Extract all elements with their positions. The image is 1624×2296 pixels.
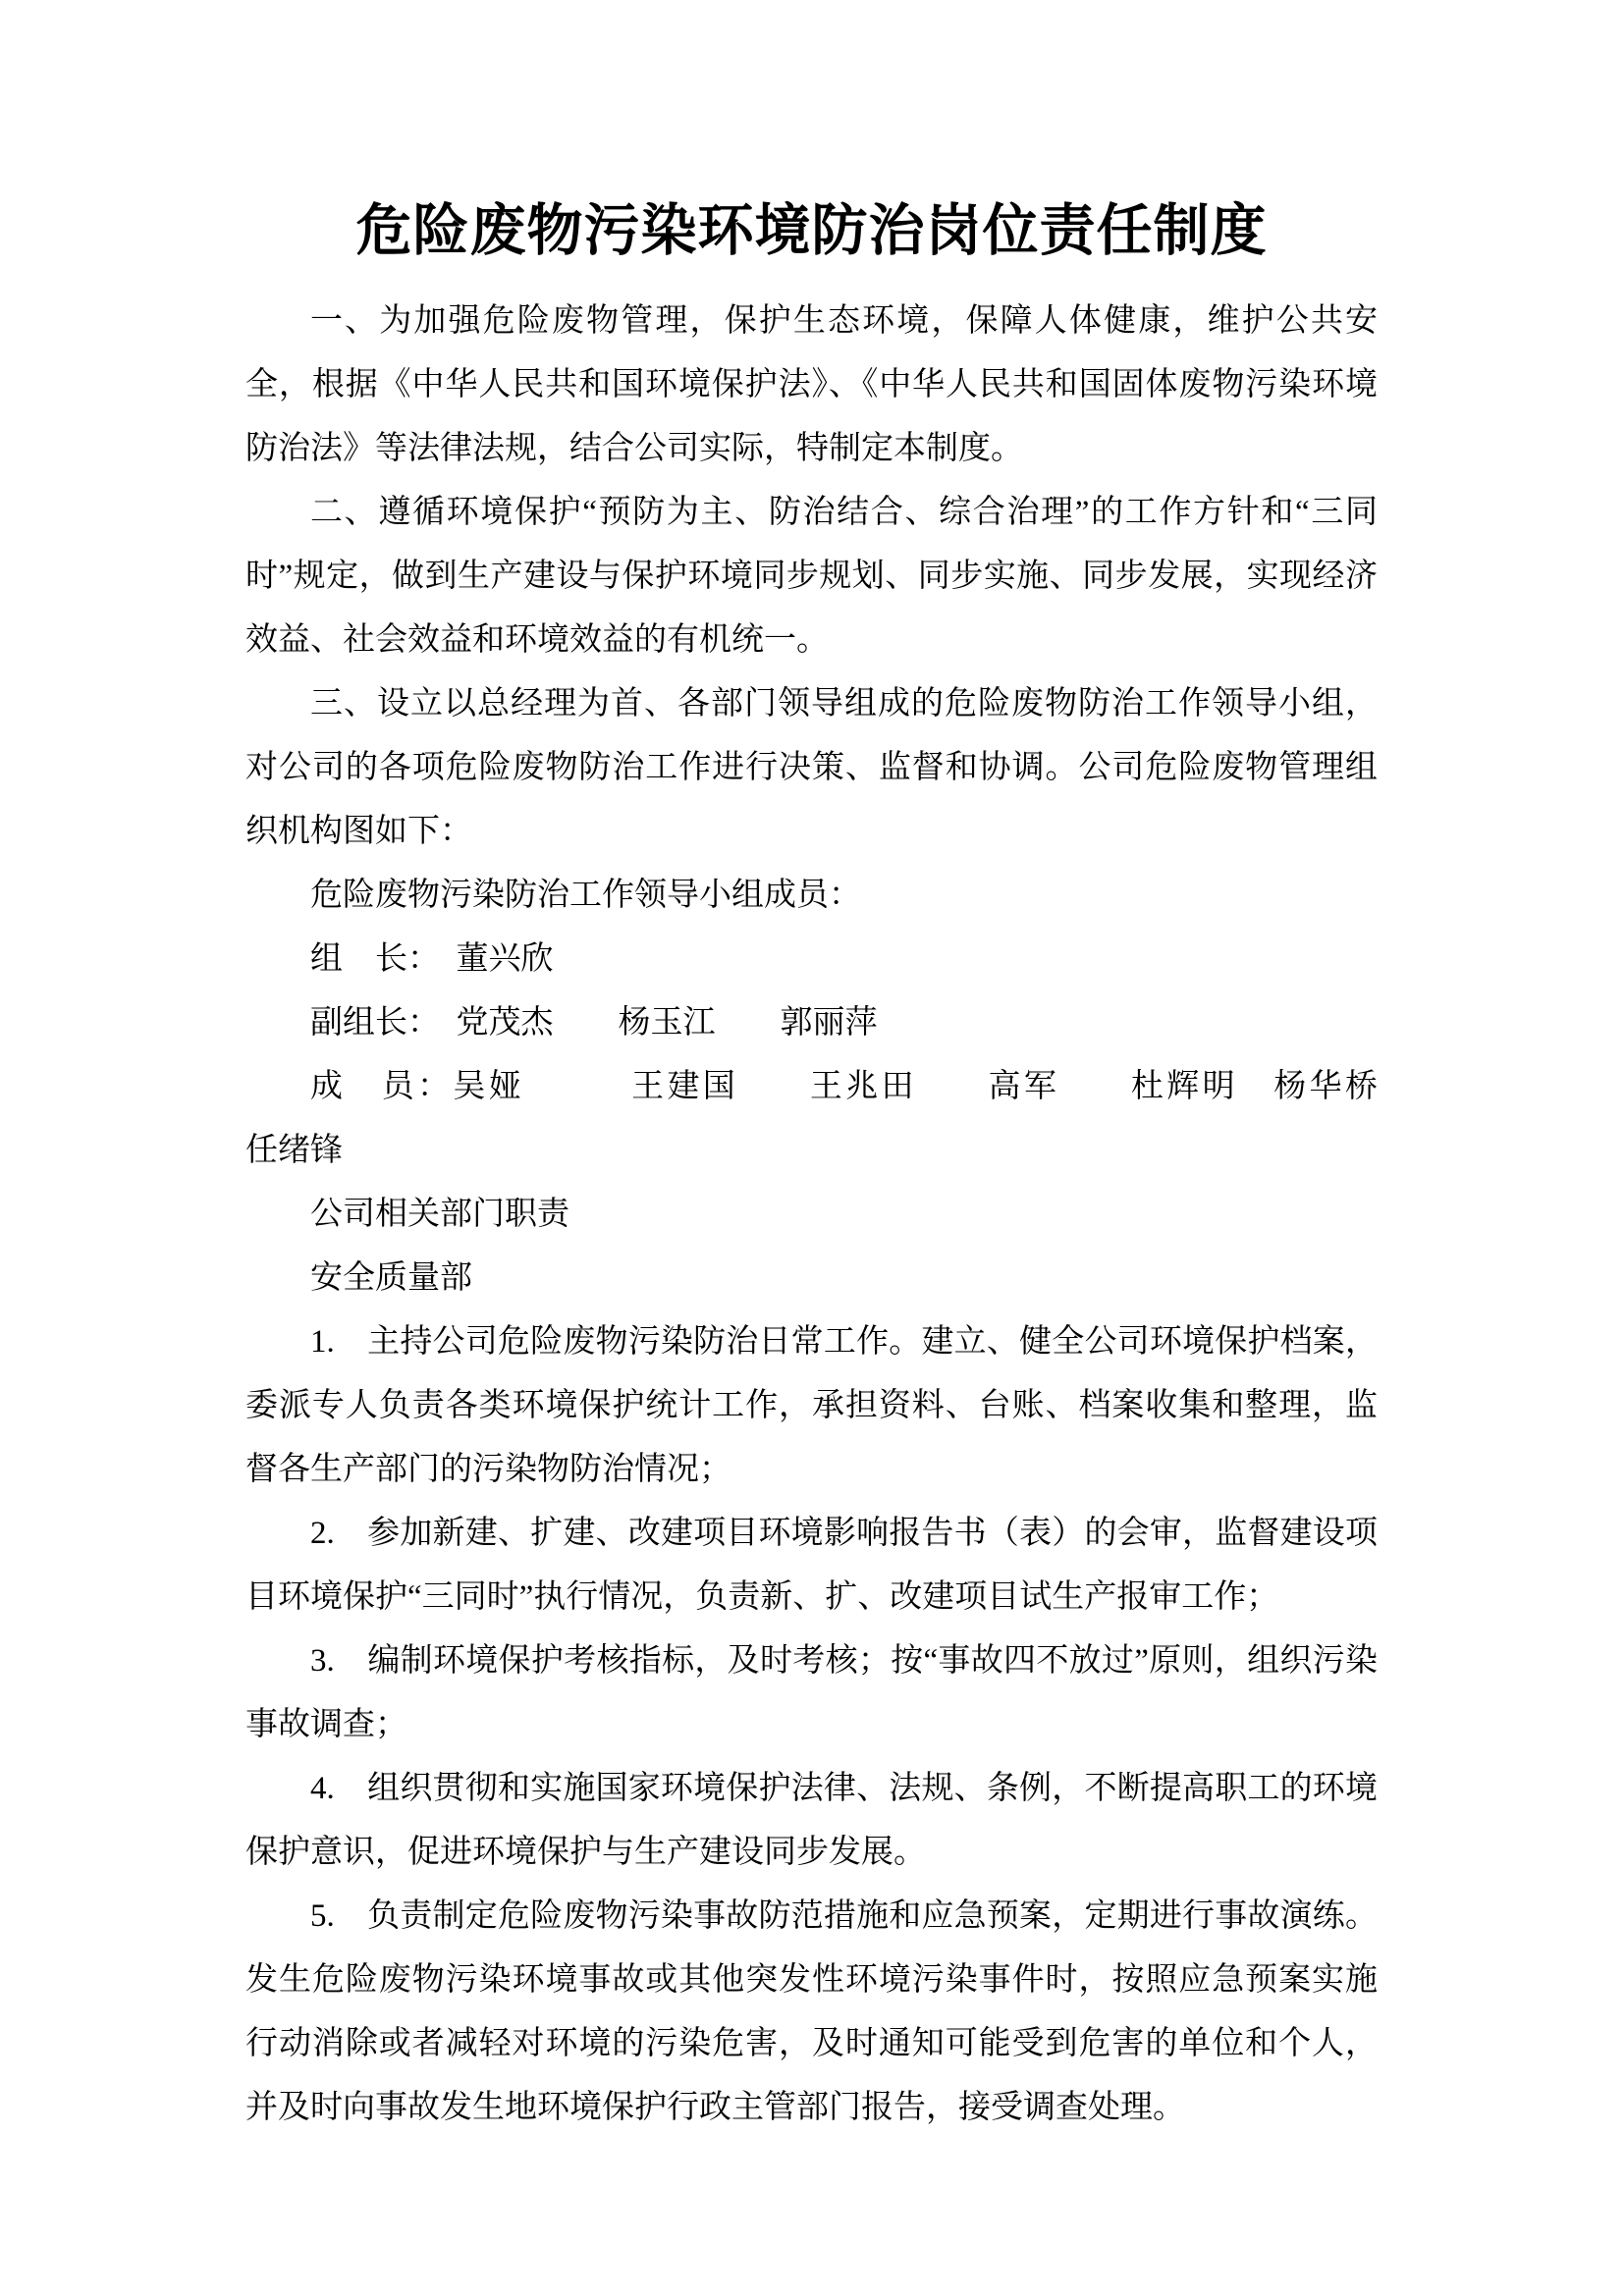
duty-item-1: 1. 主持公司危险废物污染防治日常工作。建立、健全公司环境保护档案，委派专人负责…	[245, 1310, 1378, 1502]
line-members: 成 员：吴娅 王建国 王兆田 高军 杜辉明 杨华桥 任绪锋	[245, 1055, 1378, 1183]
line-safety-quality-dept: 安全质量部	[245, 1247, 1378, 1310]
line-group-members-heading: 危险废物污染防治工作领导小组成员：	[245, 864, 1378, 928]
line-departments-heading: 公司相关部门职责	[245, 1183, 1378, 1247]
paragraph-policy: 二、遵循环境保护“预防为主、防治结合、综合治理”的工作方针和“三同时”规定，做到…	[245, 481, 1378, 672]
duty-item-5: 5. 负责制定危险废物污染事故防范措施和应急预案，定期进行事故演练。发生危险废物…	[245, 1885, 1378, 2140]
line-deputy-leaders: 副组长： 党茂杰 杨玉江 郭丽萍	[245, 991, 1378, 1055]
duty-item-3: 3. 编制环境保护考核指标，及时考核；按“事故四不放过”原则，组织污染事故调查；	[245, 1629, 1378, 1757]
paragraph-purpose: 一、为加强危险废物管理，保护生态环境，保障人体健康，维护公共安全，根据《中华人民…	[245, 290, 1378, 481]
line-group-leader: 组 长： 董兴欣	[245, 928, 1378, 991]
paragraph-leading-group: 三、设立以总经理为首、各部门领导组成的危险废物防治工作领导小组，对公司的各项危险…	[245, 672, 1378, 864]
duty-item-2: 2. 参加新建、扩建、改建项目环境影响报告书（表）的会审，监督建设项目环境保护“…	[245, 1502, 1378, 1629]
document-title: 危险废物污染环境防治岗位责任制度	[245, 193, 1378, 270]
document-body: 一、为加强危险废物管理，保护生态环境，保障人体健康，维护公共安全，根据《中华人民…	[245, 290, 1378, 2140]
document-page: 危险废物污染环境防治岗位责任制度 一、为加强危险废物管理，保护生态环境，保障人体…	[0, 0, 1624, 2296]
duty-item-4: 4. 组织贯彻和实施国家环境保护法律、法规、条例，不断提高职工的环境保护意识，促…	[245, 1757, 1378, 1885]
